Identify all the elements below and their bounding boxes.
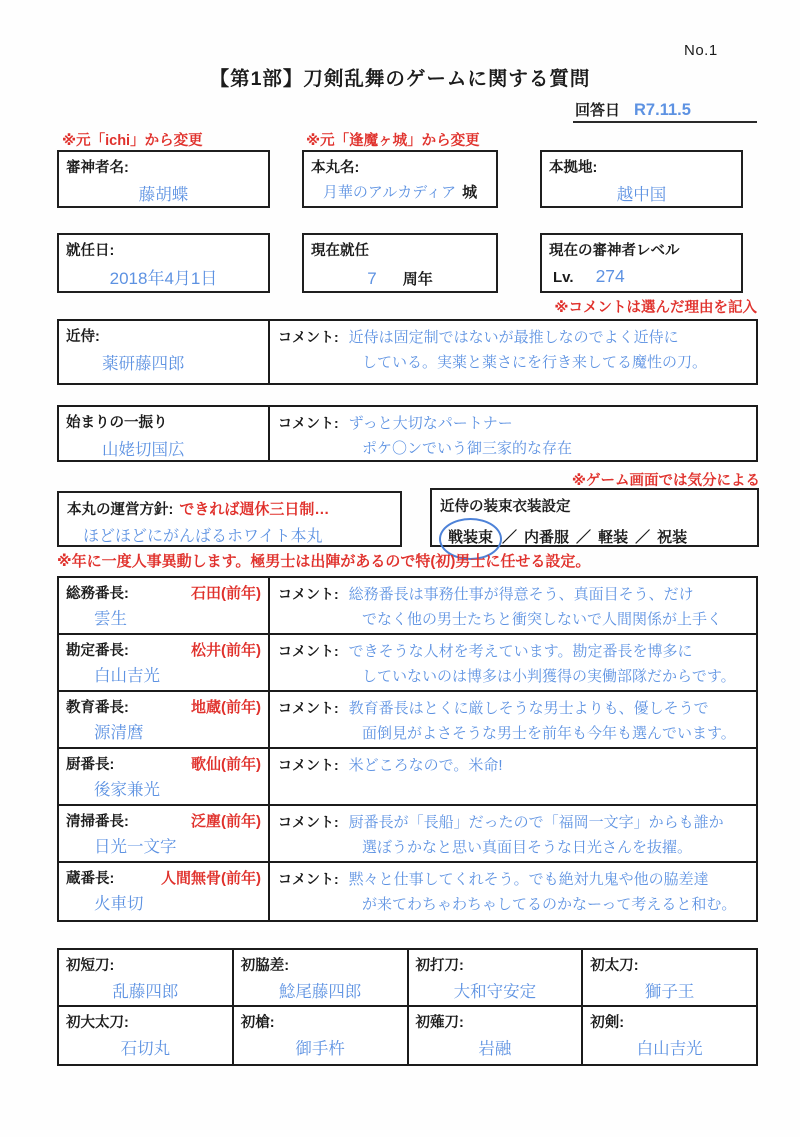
bancho-cell: 蔵番長:人間無骨(前年) 火車切 bbox=[59, 863, 270, 920]
option-separator: ／ bbox=[502, 529, 517, 546]
note-honmaru-change: ※元「逢魔ヶ城」から変更 bbox=[306, 129, 480, 150]
bancho-name: 火車切 bbox=[66, 890, 261, 914]
bancho-comment-cell: コメント:総務番長は事務仕事が得意そう、真面目そう、だけ でなく他の男士たちと衝… bbox=[270, 578, 756, 633]
honmaru-name-suffix: 城 bbox=[462, 184, 477, 201]
kinji-name: 薬研藤四郎 bbox=[66, 350, 261, 374]
comment-label: コメント: bbox=[278, 643, 339, 659]
comment-text2: が来てわちゃわちゃしてるのかなーって考えると和む。 bbox=[362, 896, 736, 913]
first-units-row2: 初大太刀: 石切丸 初槍: 御手杵 初薙刀: 岩融 初剣: 白山吉光 bbox=[59, 1007, 756, 1064]
comment-text1: できそうな人材を考えています。勘定番長を博多に bbox=[349, 643, 693, 660]
note-costume-mood: ※ゲーム画面では気分による bbox=[0, 469, 760, 490]
comment-text2: でなく他の男士たちと衝突しないで人間関係が上手く bbox=[362, 611, 722, 628]
first-sword-comment-line2: ポケ〇ンでいう御三家的な存在 bbox=[278, 436, 748, 461]
bancho-cell: 勘定番長:松井(前年) 白山吉光 bbox=[59, 635, 270, 690]
form-title: 【第1部】刀剣乱舞のゲームに関する質問 bbox=[0, 63, 800, 91]
honmaru-name-value: 月華のアルカディア bbox=[323, 184, 456, 201]
first-sword-comment-text1: ずっと大切なパートナー bbox=[349, 415, 513, 432]
base-location-box: 本拠地: 越中国 bbox=[540, 150, 743, 208]
first-sword-comment-label: コメント: bbox=[278, 415, 339, 431]
tenure-line: 7周年 bbox=[311, 268, 489, 289]
comment-text2: 面倒見がよさそうな男士を前年も今年も選んでいます。 bbox=[362, 725, 736, 742]
bancho-prev: 人間無骨(前年) bbox=[161, 867, 261, 888]
comment-label: コメント: bbox=[278, 871, 339, 887]
honmaru-name-line: 月華のアルカディア城 bbox=[311, 181, 489, 202]
bancho-label: 清掃番長: bbox=[66, 810, 129, 831]
option-separator: ／ bbox=[635, 529, 650, 546]
tenure-suffix: 周年 bbox=[403, 271, 433, 288]
bancho-label: 教育番長: bbox=[66, 696, 129, 717]
unit-label: 初太刀: bbox=[590, 954, 749, 975]
unit-cell-naginata: 初薙刀: 岩融 bbox=[409, 1007, 584, 1064]
costume-option-shukuso: 祝装 bbox=[657, 529, 687, 546]
saniwa-level-prefix: Lv. bbox=[553, 269, 574, 286]
comment-text1: 米どころなので。米命! bbox=[349, 757, 503, 774]
unit-cell-tsurugi: 初剣: 白山吉光 bbox=[583, 1007, 756, 1064]
first-sword-label: 始まりの一振り bbox=[66, 411, 261, 432]
kinji-comment-label: コメント: bbox=[278, 329, 339, 345]
unit-cell-otachi: 初大太刀: 石切丸 bbox=[59, 1007, 234, 1064]
questionnaire-form-page: No.1 【第1部】刀剣乱舞のゲームに関する質問 回答日R7.11.5 ※元「i… bbox=[0, 0, 800, 1137]
first-sword-comment-text2: ポケ〇ンでいう御三家的な存在 bbox=[362, 440, 572, 457]
table-row-seiso: 清掃番長:泛塵(前年) 日光一文字 コメント:厨番長が「長船」だったので「福岡一… bbox=[59, 806, 756, 863]
table-row-somu: 総務番長:石田(前年) 雲生 コメント:総務番長は事務仕事が得意そう、真面目そう… bbox=[59, 578, 756, 635]
bancho-prev: 歌仙(前年) bbox=[191, 753, 261, 774]
unit-name: 岩融 bbox=[416, 1035, 575, 1059]
first-sword-name: 山姥切国広 bbox=[66, 436, 261, 460]
policy-box: 本丸の運営方針:できれば週休三日制… ほどほどにがんばるホワイト本丸 bbox=[57, 491, 402, 547]
bancho-cell: 教育番長:地蔵(前年) 源清麿 bbox=[59, 692, 270, 747]
policy-line1: 本丸の運営方針:できれば週休三日制… bbox=[67, 498, 392, 519]
bancho-name: 日光一文字 bbox=[66, 833, 261, 857]
saniwa-level-line: Lv.274 bbox=[549, 266, 734, 287]
unit-label: 初打刀: bbox=[416, 954, 575, 975]
bancho-prev: 地蔵(前年) bbox=[191, 696, 261, 717]
saniwa-level-label: 現在の審神者レベル bbox=[549, 239, 734, 260]
costume-option-keiso: 軽装 bbox=[598, 529, 628, 546]
unit-name: 石切丸 bbox=[66, 1035, 225, 1059]
bancho-comment-cell: コメント:できそうな人材を考えています。勘定番長を博多に していないのは博多は小… bbox=[270, 635, 756, 690]
unit-name: 白山吉光 bbox=[590, 1035, 749, 1059]
unit-label: 初薙刀: bbox=[416, 1011, 575, 1032]
bancho-label: 勘定番長: bbox=[66, 639, 129, 660]
kinji-comment-text2: している。実薬と薬さにを行き来してる魔性の刀。 bbox=[362, 354, 707, 371]
page-number: No.1 bbox=[684, 42, 718, 59]
comment-label: コメント: bbox=[278, 586, 339, 602]
bancho-comment-cell: コメント:米どころなので。米命! bbox=[270, 749, 756, 804]
saniwa-name-value: 藤胡蝶 bbox=[66, 181, 261, 205]
saniwa-name-box: 審神者名: 藤胡蝶 bbox=[57, 150, 270, 208]
bancho-prev: 泛塵(前年) bbox=[191, 810, 261, 831]
comment-label: コメント: bbox=[278, 814, 339, 830]
first-units-row1: 初短刀: 乱藤四郎 初脇差: 鯰尾藤四郎 初打刀: 大和守安定 初太刀: 獅子王 bbox=[59, 950, 756, 1007]
bancho-cell: 清掃番長:泛塵(前年) 日光一文字 bbox=[59, 806, 270, 861]
appointment-date-label: 就任日: bbox=[66, 239, 261, 260]
unit-label: 初大太刀: bbox=[66, 1011, 225, 1032]
comment-text1: 黙々と仕事してくれそう。でも絶対九鬼や他の脇差達 bbox=[349, 871, 709, 888]
comment-text2: 選ぼうかなと思い真面目そうな日光さんを抜擢。 bbox=[362, 839, 692, 856]
comment-label: コメント: bbox=[278, 757, 339, 773]
bancho-label: 厨番長: bbox=[66, 753, 114, 774]
kinji-comment-cell: コメント:近侍は固定制ではないが最推しなのでよく近侍に している。実薬と薬さにを… bbox=[270, 321, 756, 383]
table-row-kanjo: 勘定番長:松井(前年) 白山吉光 コメント:できそうな人材を考えています。勘定番… bbox=[59, 635, 756, 692]
table-row-kura: 蔵番長:人間無骨(前年) 火車切 コメント:黙々と仕事してくれそう。でも絶対九鬼… bbox=[59, 863, 756, 920]
unit-label: 初剣: bbox=[590, 1011, 749, 1032]
policy-value: ほどほどにがんばるホワイト本丸 bbox=[67, 523, 392, 546]
answer-date-label: 回答日 bbox=[575, 102, 620, 119]
first-sword-table: 始まりの一振り 山姥切国広 コメント:ずっと大切なパートナー ポケ〇ンでいう御三… bbox=[57, 405, 758, 462]
first-sword-comment-cell: コメント:ずっと大切なパートナー ポケ〇ンでいう御三家的な存在 bbox=[270, 407, 756, 460]
unit-label: 初短刀: bbox=[66, 954, 225, 975]
costume-option-sensozoku: 戦装束 bbox=[448, 529, 493, 546]
kinji-comment-text1: 近侍は固定制ではないが最推しなのでよく近侍に bbox=[349, 329, 679, 346]
kinji-label: 近侍: bbox=[66, 325, 261, 346]
bancho-prev: 松井(前年) bbox=[191, 639, 261, 660]
kinji-table: 近侍: 薬研藤四郎 コメント:近侍は固定制ではないが最推しなのでよく近侍に して… bbox=[57, 319, 758, 385]
unit-name: 獅子王 bbox=[590, 978, 749, 1002]
note-name-change: ※元「ichi」から変更 bbox=[62, 129, 203, 150]
bancho-name: 白山吉光 bbox=[66, 662, 261, 686]
saniwa-level-box: 現在の審神者レベル Lv.274 bbox=[540, 233, 743, 293]
unit-name: 大和守安定 bbox=[416, 978, 575, 1002]
kinji-comment-line1: コメント:近侍は固定制ではないが最推しなのでよく近侍に bbox=[278, 325, 748, 350]
note-comment-rule: ※コメントは選んだ理由を記入 bbox=[0, 296, 757, 317]
saniwa-name-label: 審神者名: bbox=[66, 156, 261, 177]
appointment-date-value: 2018年4月1日 bbox=[66, 264, 261, 289]
honmaru-name-label: 本丸名: bbox=[311, 156, 489, 177]
comment-text1: 教育番長はとくに厳しそうな男士よりも、優しそうで bbox=[349, 700, 709, 717]
kinji-cell: 近侍: 薬研藤四郎 bbox=[59, 321, 270, 383]
note-personnel: ※年に一度人事異動します。極男士は出陣があるので特(初)男士に任せる設定。 bbox=[57, 550, 590, 571]
tenure-box: 現在就任 7周年 bbox=[302, 233, 498, 293]
honmaru-name-box: 本丸名: 月華のアルカディア城 bbox=[302, 150, 498, 208]
bancho-comment-cell: コメント:黙々と仕事してくれそう。でも絶対九鬼や他の脇差達 が来てわちゃわちゃし… bbox=[270, 863, 756, 920]
comment-label: コメント: bbox=[278, 700, 339, 716]
costume-box: 近侍の装束衣装設定 戦装束／内番服／軽装／祝装 bbox=[430, 488, 759, 547]
bancho-name: 源清麿 bbox=[66, 719, 261, 743]
base-location-label: 本拠地: bbox=[549, 156, 734, 177]
table-row-kuriya: 厨番長:歌仙(前年) 後家兼光 コメント:米どころなので。米命! bbox=[59, 749, 756, 806]
bancho-cell: 厨番長:歌仙(前年) 後家兼光 bbox=[59, 749, 270, 804]
unit-cell-tachi: 初太刀: 獅子王 bbox=[583, 950, 756, 1005]
unit-label: 初脇差: bbox=[241, 954, 400, 975]
bancho-name: 雲生 bbox=[66, 605, 261, 629]
kinji-comment-line2: している。実薬と薬さにを行き来してる魔性の刀。 bbox=[278, 350, 748, 375]
comment-text2: していないのは博多は小判獲得の実働部隊だからです。 bbox=[362, 668, 736, 685]
bancho-cell: 総務番長:石田(前年) 雲生 bbox=[59, 578, 270, 633]
unit-cell-uchigatana: 初打刀: 大和守安定 bbox=[409, 950, 584, 1005]
answer-date-value: R7.11.5 bbox=[634, 101, 691, 119]
first-units-table: 初短刀: 乱藤四郎 初脇差: 鯰尾藤四郎 初打刀: 大和守安定 初太刀: 獅子王… bbox=[57, 948, 758, 1066]
tenure-value: 7 bbox=[367, 269, 376, 288]
policy-red-note: できれば週休三日制… bbox=[179, 501, 329, 518]
comment-text1: 厨番長が「長船」だったので「福岡一文字」からも誰か bbox=[349, 814, 724, 831]
first-sword-cell: 始まりの一振り 山姥切国広 bbox=[59, 407, 270, 460]
first-sword-comment-line1: コメント:ずっと大切なパートナー bbox=[278, 411, 748, 436]
costume-option-uchibanfuku: 内番服 bbox=[524, 529, 569, 546]
table-row-kyoiku: 教育番長:地蔵(前年) 源清麿 コメント:教育番長はとくに厳しそうな男士よりも、… bbox=[59, 692, 756, 749]
unit-name: 御手杵 bbox=[241, 1035, 400, 1059]
comment-text1: 総務番長は事務仕事が得意そう、真面目そう、だけ bbox=[349, 586, 694, 603]
unit-label: 初槍: bbox=[241, 1011, 400, 1032]
bancho-label: 総務番長: bbox=[66, 582, 129, 603]
bancho-comment-cell: コメント:教育番長はとくに厳しそうな男士よりも、優しそうで 面倒見がよさそうな男… bbox=[270, 692, 756, 747]
bancho-comment-cell: コメント:厨番長が「長船」だったので「福岡一文字」からも誰か 選ぼうかなと思い真… bbox=[270, 806, 756, 861]
answer-date: 回答日R7.11.5 bbox=[575, 99, 691, 120]
policy-label: 本丸の運営方針: bbox=[67, 502, 173, 518]
unit-name: 鯰尾藤四郎 bbox=[241, 978, 400, 1002]
tenure-label: 現在就任 bbox=[311, 239, 489, 260]
costume-label: 近侍の装束衣装設定 bbox=[440, 495, 749, 516]
base-location-value: 越中国 bbox=[549, 181, 734, 205]
saniwa-level-value: 274 bbox=[596, 266, 625, 286]
unit-cell-yari: 初槍: 御手杵 bbox=[234, 1007, 409, 1064]
bancho-table: 総務番長:石田(前年) 雲生 コメント:総務番長は事務仕事が得意そう、真面目そう… bbox=[57, 576, 758, 922]
unit-cell-wakizashi: 初脇差: 鯰尾藤四郎 bbox=[234, 950, 409, 1005]
option-separator: ／ bbox=[576, 529, 591, 546]
bancho-prev: 石田(前年) bbox=[191, 582, 261, 603]
unit-name: 乱藤四郎 bbox=[66, 978, 225, 1002]
appointment-date-box: 就任日: 2018年4月1日 bbox=[57, 233, 270, 293]
bancho-name: 後家兼光 bbox=[66, 776, 261, 800]
unit-cell-tanto: 初短刀: 乱藤四郎 bbox=[59, 950, 234, 1005]
answer-date-underline bbox=[573, 121, 757, 123]
costume-options: 戦装束／内番服／軽装／祝装 bbox=[440, 524, 749, 549]
bancho-label: 蔵番長: bbox=[66, 867, 114, 888]
